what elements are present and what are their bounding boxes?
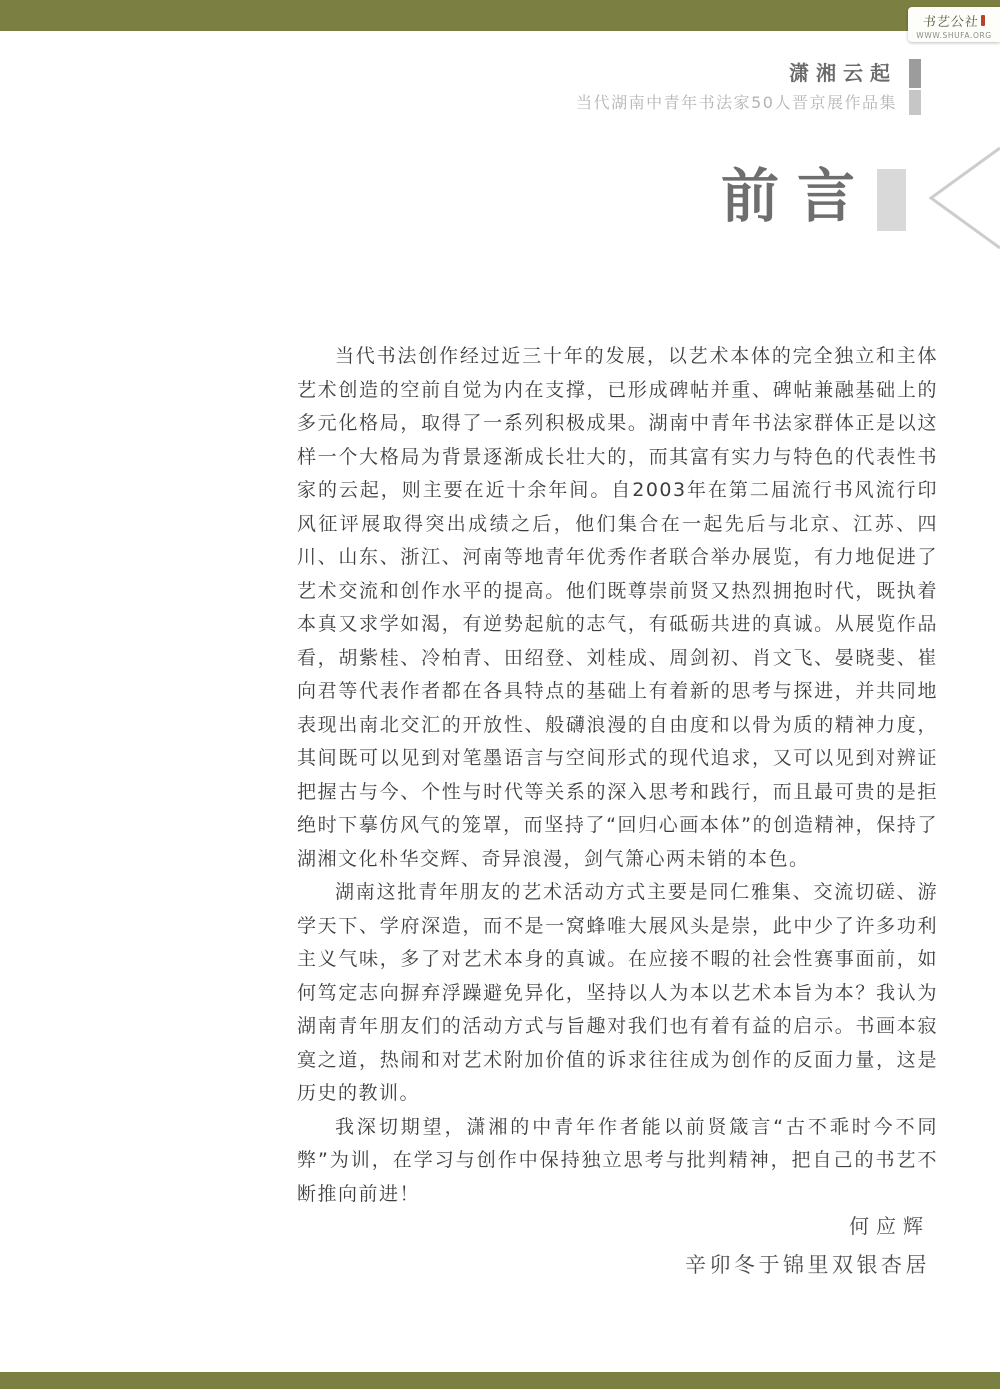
top-border-band [0, 0, 1000, 31]
bottom-border-band [0, 1372, 1000, 1389]
series-header: 潇湘云起 当代湖南中青年书法家50人晋京展作品集 [576, 58, 921, 116]
series-subtitle-row: 当代湖南中青年书法家50人晋京展作品集 [576, 88, 921, 116]
site-logo-badge: 书艺公社 WWW.SHUFA.ORG [908, 7, 1000, 42]
series-subtitle: 当代湖南中青年书法家50人晋京展作品集 [576, 90, 897, 116]
preface-paragraph: 当代书法创作经过近三十年的发展，以艺术本体的完全独立和主体艺术创造的空前自觉为内… [297, 340, 938, 876]
page-title-row: 前言 [721, 163, 906, 231]
seal-icon [981, 15, 985, 26]
diamond-chevron-decoration [928, 144, 1000, 252]
signature-inscription: 辛卯冬于锦里双银杏居 [685, 1250, 930, 1280]
series-title-row: 潇湘云起 [789, 58, 921, 88]
preface-body: 当代书法创作经过近三十年的发展，以艺术本体的完全独立和主体艺术创造的空前自觉为内… [297, 340, 938, 1211]
preface-paragraph: 湖南这批青年朋友的艺术活动方式主要是同仁雅集、交流切磋、游学天下、学府深造，而不… [297, 876, 938, 1111]
brand-url: WWW.SHUFA.ORG [916, 31, 991, 40]
series-title-accent-block [909, 59, 921, 88]
page-title: 前言 [721, 163, 873, 229]
signature-author: 何应辉 [849, 1212, 930, 1240]
signature-block: 何应辉 辛卯冬于锦里双银杏居 [685, 1212, 930, 1280]
page-title-accent-block [877, 169, 906, 231]
brand-calligraphy-logo: 书艺公社 [922, 11, 980, 30]
badge-brand-row: 书艺公社 [923, 11, 985, 30]
preface-paragraph: 我深切期望，潇湘的中青年作者能以前贤箴言“古不乖时今不同弊”为训，在学习与创作中… [297, 1111, 938, 1212]
series-subtitle-accent-block [909, 90, 921, 115]
series-title: 潇湘云起 [789, 58, 897, 88]
